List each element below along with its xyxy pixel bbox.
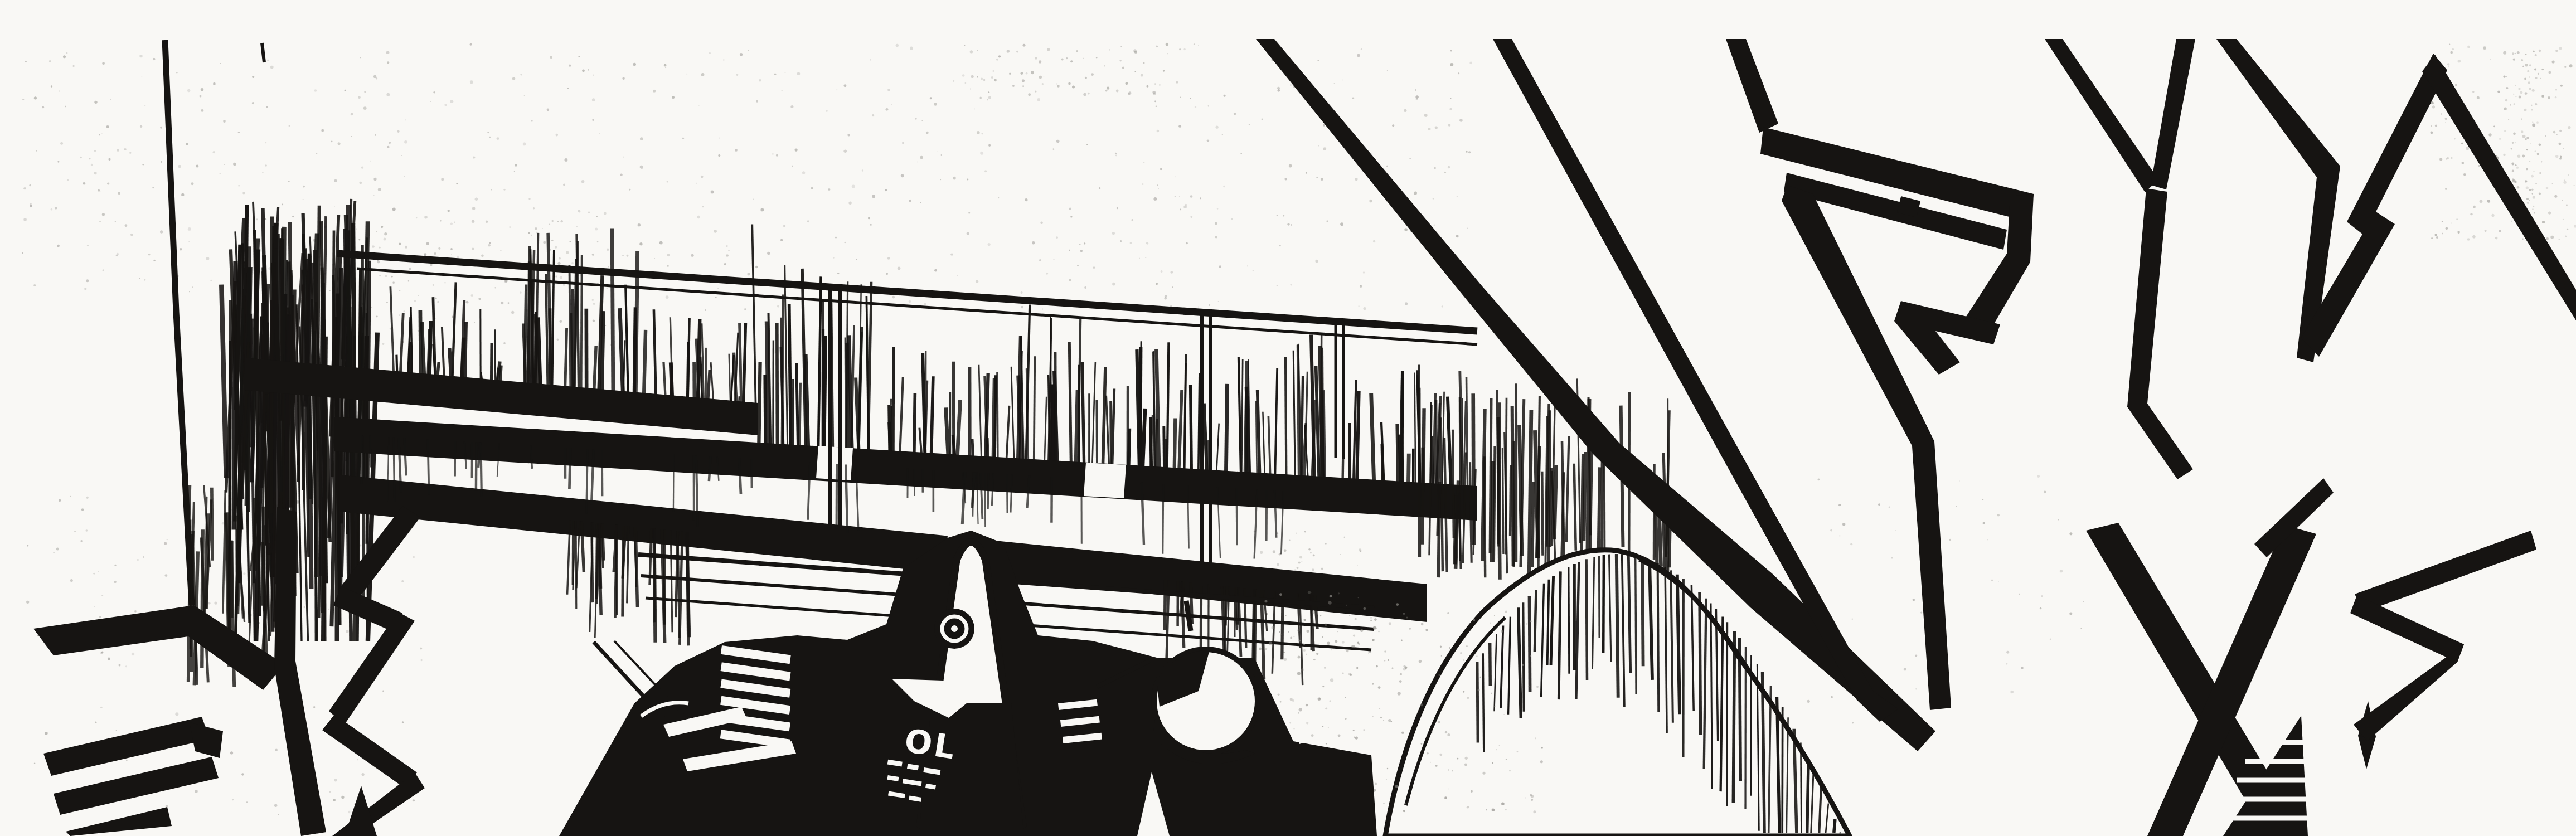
nose-emblem bbox=[934, 609, 974, 649]
manga-panel-illustration: OL bbox=[0, 0, 2576, 836]
manga-panel: OL bbox=[0, 0, 2576, 836]
livery-text: OL bbox=[902, 721, 960, 767]
paper-background bbox=[0, 0, 2576, 836]
